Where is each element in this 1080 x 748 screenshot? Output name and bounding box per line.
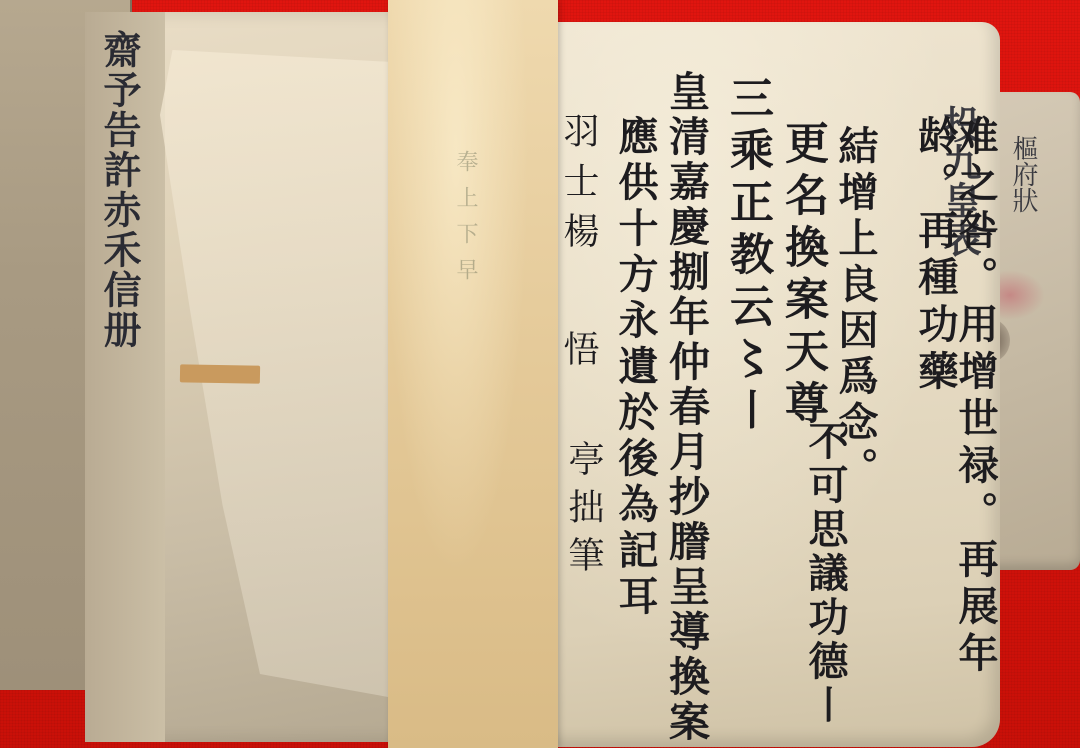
text-column-5-date: 皇清嘉慶捌年仲春月抄謄呈導換案 bbox=[665, 70, 706, 745]
manuscript-photo: 奉上下早 齋予告許赤禾信册 投九皇表 樞府狀 难之咎。用增世禄。再展年龄。再種功… bbox=[0, 0, 1080, 748]
text-column-3: 更名換案天尊 bbox=[780, 120, 824, 432]
signature-part-1: 羽士楊 bbox=[560, 112, 596, 262]
signature-part-2: 悟 bbox=[560, 330, 596, 380]
tape-patch bbox=[180, 364, 260, 383]
strip-faint-text: 奉上下早 bbox=[450, 150, 481, 294]
text-column-6: 應供十方永遺於後為記耳 bbox=[615, 115, 655, 621]
paper-strip bbox=[388, 0, 558, 748]
text-column-4: 三乘正教云〻〡 bbox=[725, 75, 769, 439]
spine-title: 齋予告許赤禾信册 bbox=[100, 30, 138, 350]
back-book-subtitle: 樞府狀 bbox=[1010, 135, 1036, 213]
text-column-1: 难之咎。用增世禄。再展年龄。再種功藥 bbox=[915, 115, 995, 748]
text-column-2b: 不可思議功德〡 bbox=[805, 420, 845, 728]
signature-part-3: 亭拙筆 bbox=[565, 440, 601, 584]
